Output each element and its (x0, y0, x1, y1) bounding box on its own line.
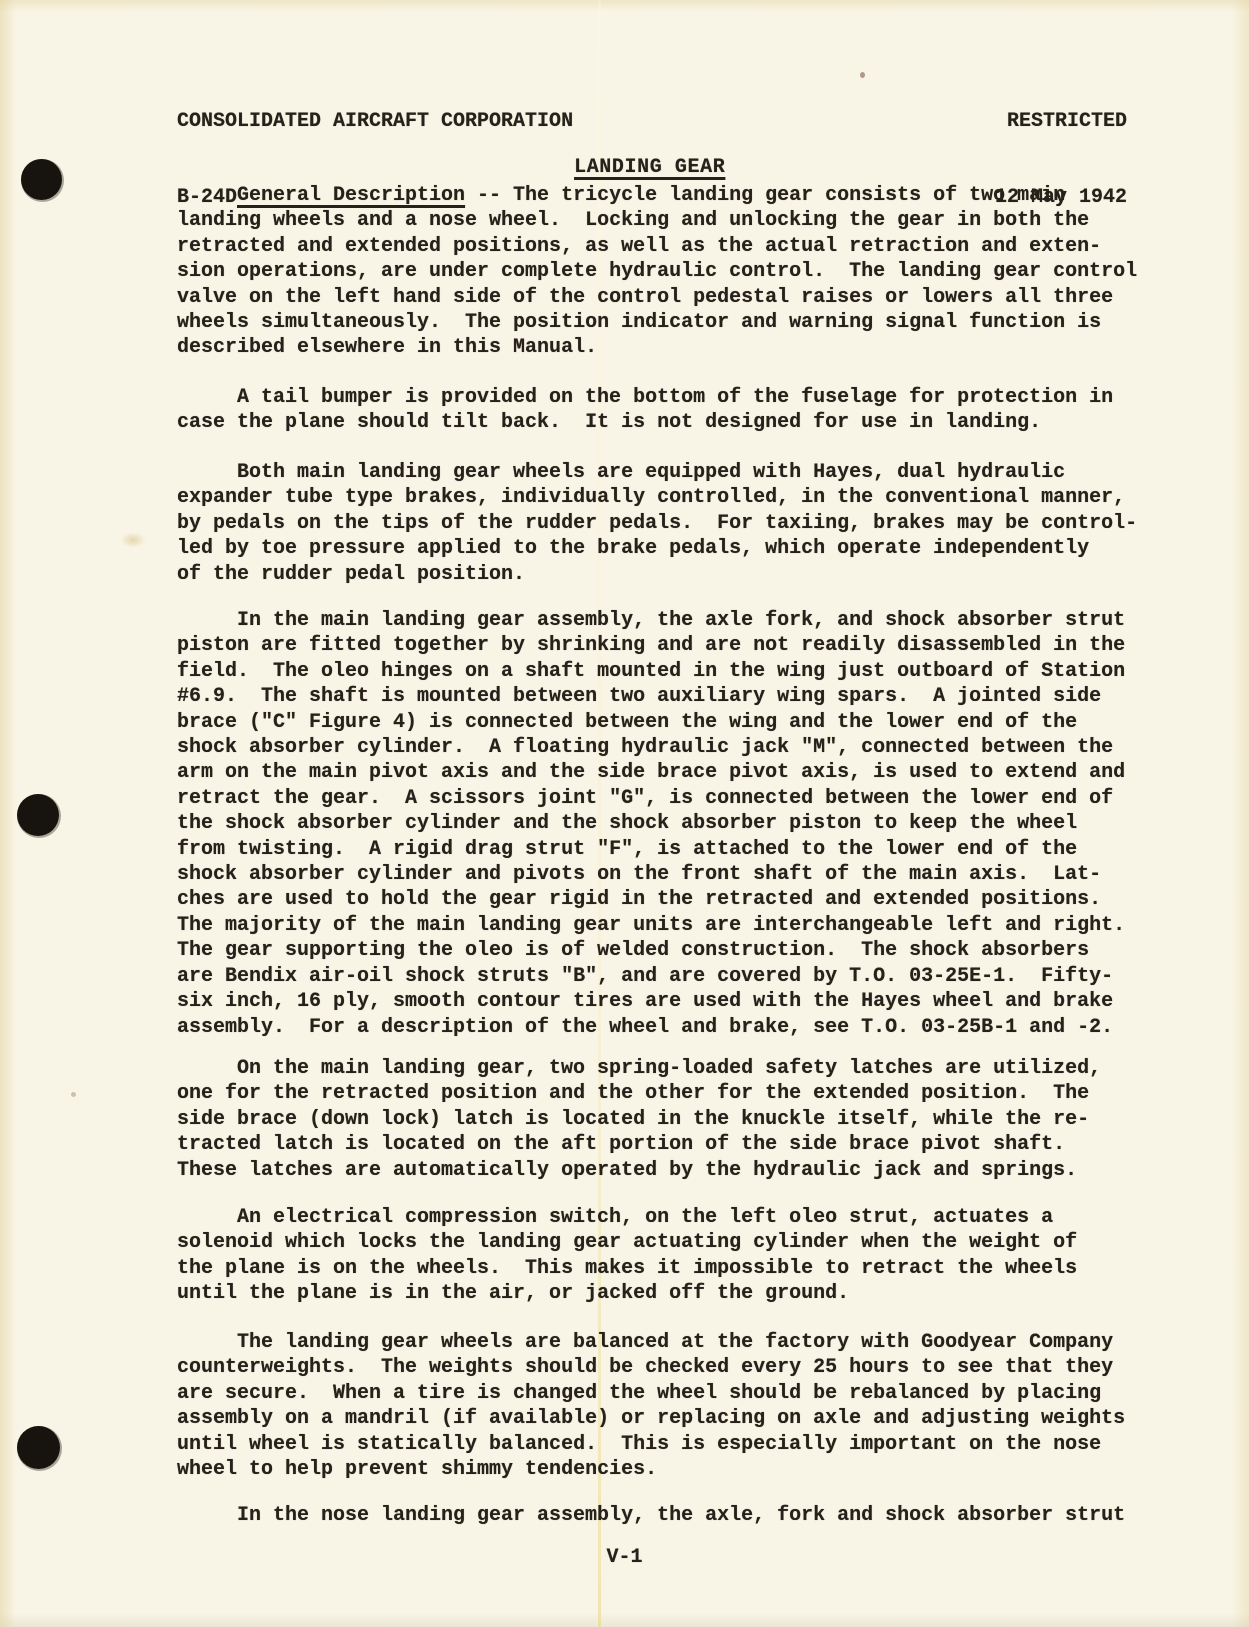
page-title-text: LANDING GEAR (574, 156, 725, 179)
scan-speck (120, 532, 146, 548)
scan-speck (71, 1092, 76, 1097)
page-number: V-1 (0, 1545, 1249, 1570)
paragraph-tail-bumper: A tail bumper is provided on the bottom … (177, 385, 1113, 436)
paragraph-wheel-balancing: The landing gear wheels are balanced at … (177, 1330, 1125, 1482)
paragraph-lead: General Description (237, 184, 465, 207)
paragraph-brakes: Both main landing gear wheels are equipp… (177, 460, 1137, 587)
hole-punch-icon (17, 794, 59, 836)
paragraph-compression-switch: An electrical compression switch, on the… (177, 1205, 1077, 1307)
paragraph-nose-gear: In the nose landing gear assembly, the a… (177, 1503, 1125, 1528)
manual-page: CONSOLIDATED AIRCRAFT CORPORATION B-24D … (0, 0, 1249, 1627)
paragraph-safety-latches: On the main landing gear, two spring-loa… (177, 1056, 1101, 1183)
hole-punch-icon (17, 1426, 60, 1469)
paragraph-general-description: General Description -- The tricycle land… (177, 183, 1137, 361)
paragraph-text: -- The tricycle landing gear consists of… (177, 184, 1137, 359)
paragraph-main-gear-assembly: In the main landing gear assembly, the a… (177, 608, 1125, 1040)
scan-speck (860, 72, 865, 78)
